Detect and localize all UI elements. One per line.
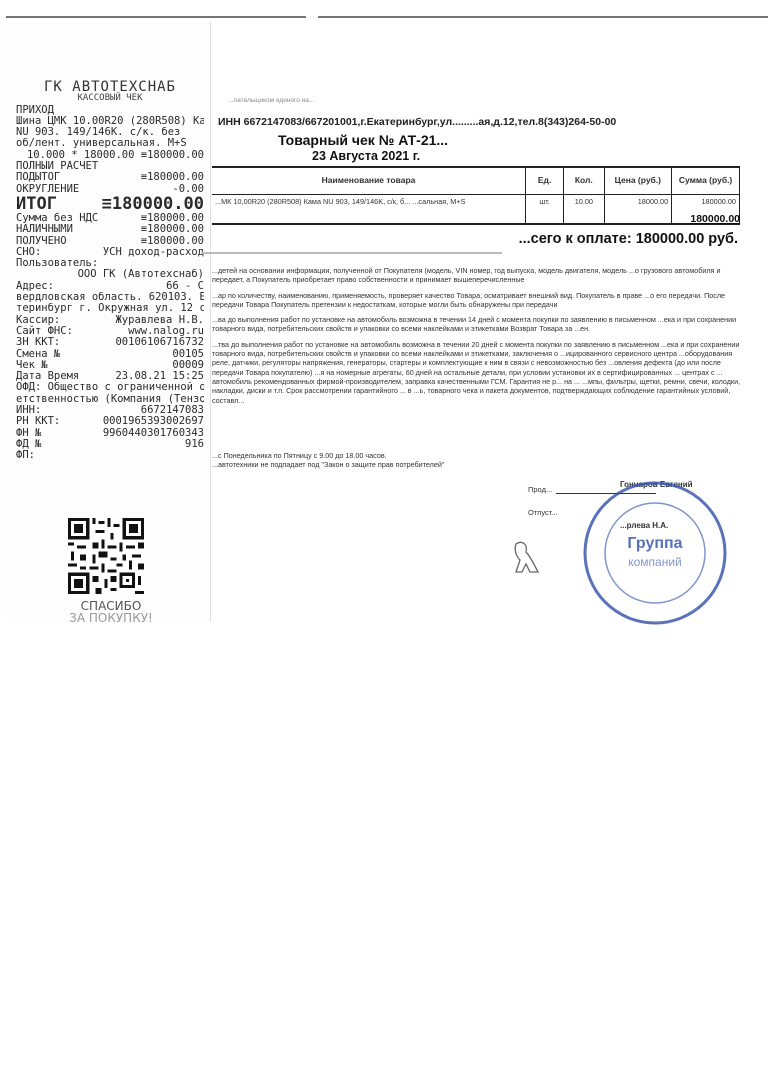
cell-name: ...МК 10,00R20 (280R508) Кама NU 903, 14…: [212, 195, 526, 225]
invoice-header-note: ...лательщиком единого на...: [228, 96, 314, 105]
col-name: Наименование товара: [212, 167, 526, 195]
items-table: Наименование товара Ед. Кол. Цена (руб.)…: [212, 166, 740, 225]
col-qty: Кол.: [564, 167, 604, 195]
receipt-item-line: об/лент. универсальная. M+S: [16, 138, 204, 149]
terms-paragraph: ...тва до выполнения работ по установке …: [212, 340, 742, 405]
receipt-row-fn: ФН №9960440301760343: [16, 428, 204, 439]
divider: [202, 252, 502, 254]
table-row: ...МК 10,00R20 (280R508) Кама NU 903, 14…: [212, 195, 740, 225]
svg-text:Группа: Группа: [627, 535, 682, 552]
invoice-title: Товарный чек № АТ-21...: [278, 136, 448, 145]
receipt-item-line: Шина ЦМК 10.00R20 (280R508) Кама: [16, 116, 204, 127]
receipt-ofd-line: ОФД: Общество с ограниченной отв: [16, 382, 204, 393]
cell-unit: шт.: [526, 195, 564, 225]
invoice-subtotal: 180000.00: [690, 215, 740, 224]
bear-logo-icon: [508, 538, 548, 578]
svg-text:компаний: компаний: [628, 555, 682, 569]
terms-text: ...детей на основании информации, получе…: [212, 266, 742, 411]
receipt-row-cash: НАЛИЧНЫМИ≡180000.00: [16, 224, 204, 235]
receipt-row-kkt-serial: ЗН ККТ:00106106716732: [16, 337, 204, 348]
terms-paragraph: ...детей на основании информации, получе…: [212, 266, 742, 285]
receipt-row-fd: ФД №916: [16, 439, 204, 450]
receipt-address-line: теринбург г. Окружная ул. 12 стр: [16, 303, 204, 314]
invoice-grand-total: ...сего к оплате: 180000.00 руб.: [519, 235, 738, 244]
receipt-operation: ПРИХОД: [16, 105, 204, 116]
invoice-requisites: ИНН 6672147083/667201001,г.Екатеринбург,…: [218, 118, 616, 127]
receipt-item-line: NU 903. 149/146K. с/к. без: [16, 127, 204, 138]
invoice-date: 23 Августа 2021 г.: [312, 152, 420, 161]
receipt-thanks: СПАСИБО ЗА ПОКУПКУ!: [46, 600, 176, 624]
receipt-row-subtotal: ПОДЫТОГ≡180000.00: [16, 172, 204, 183]
receipt-row-rn-kkt: РН ККТ:0001965393002697: [16, 416, 204, 427]
col-price: Цена (руб.): [604, 167, 672, 195]
receipt-total: ИТОГ≡180000.00: [16, 195, 204, 213]
receipt-company: ГК АВТОТЕХСНАБ: [16, 82, 204, 93]
receipt-item-calc: 10.000 * 18000.00 ≡180000.00: [16, 150, 204, 161]
items-table-header: Наименование товара Ед. Кол. Цена (руб.)…: [212, 167, 740, 195]
terms-paragraph: ...ар по количеству, наименованию, приме…: [212, 291, 742, 310]
receipt-address-line: вердловская область. 620103. Ека: [16, 292, 204, 303]
cash-receipt: ГК АВТОТЕХСНАБ КАССОВЫЙ ЧЕК ПРИХОД Шина …: [6, 22, 211, 622]
working-hours: ...с Понедельника по Пятницу с 9.00 до 1…: [212, 451, 444, 470]
qr-code-icon: [68, 518, 144, 594]
receipt-address: Адрес:66 - С: [16, 281, 204, 292]
cell-price: 18000.00: [604, 195, 672, 225]
terms-paragraph: ...ва до выполнения работ по установке н…: [212, 315, 742, 334]
col-sum: Сумма (руб.): [672, 167, 740, 195]
scan-edge-right: [318, 16, 768, 18]
receipt-row-datetime: Дата Время23.08.21 15:25: [16, 371, 204, 382]
receipt-user-label: Пользователь:: [16, 258, 204, 269]
company-stamp-icon: Группа компаний: [580, 478, 730, 628]
released-by-label: Отпуст...: [528, 508, 558, 517]
col-unit: Ед.: [526, 167, 564, 195]
receipt-row-tax-system: СНО:УСН доход-расход: [16, 247, 204, 258]
cell-qty: 10.00: [564, 195, 604, 225]
receipt-row-fp: ФП:: [16, 450, 204, 461]
scan-edge-left: [6, 16, 306, 18]
